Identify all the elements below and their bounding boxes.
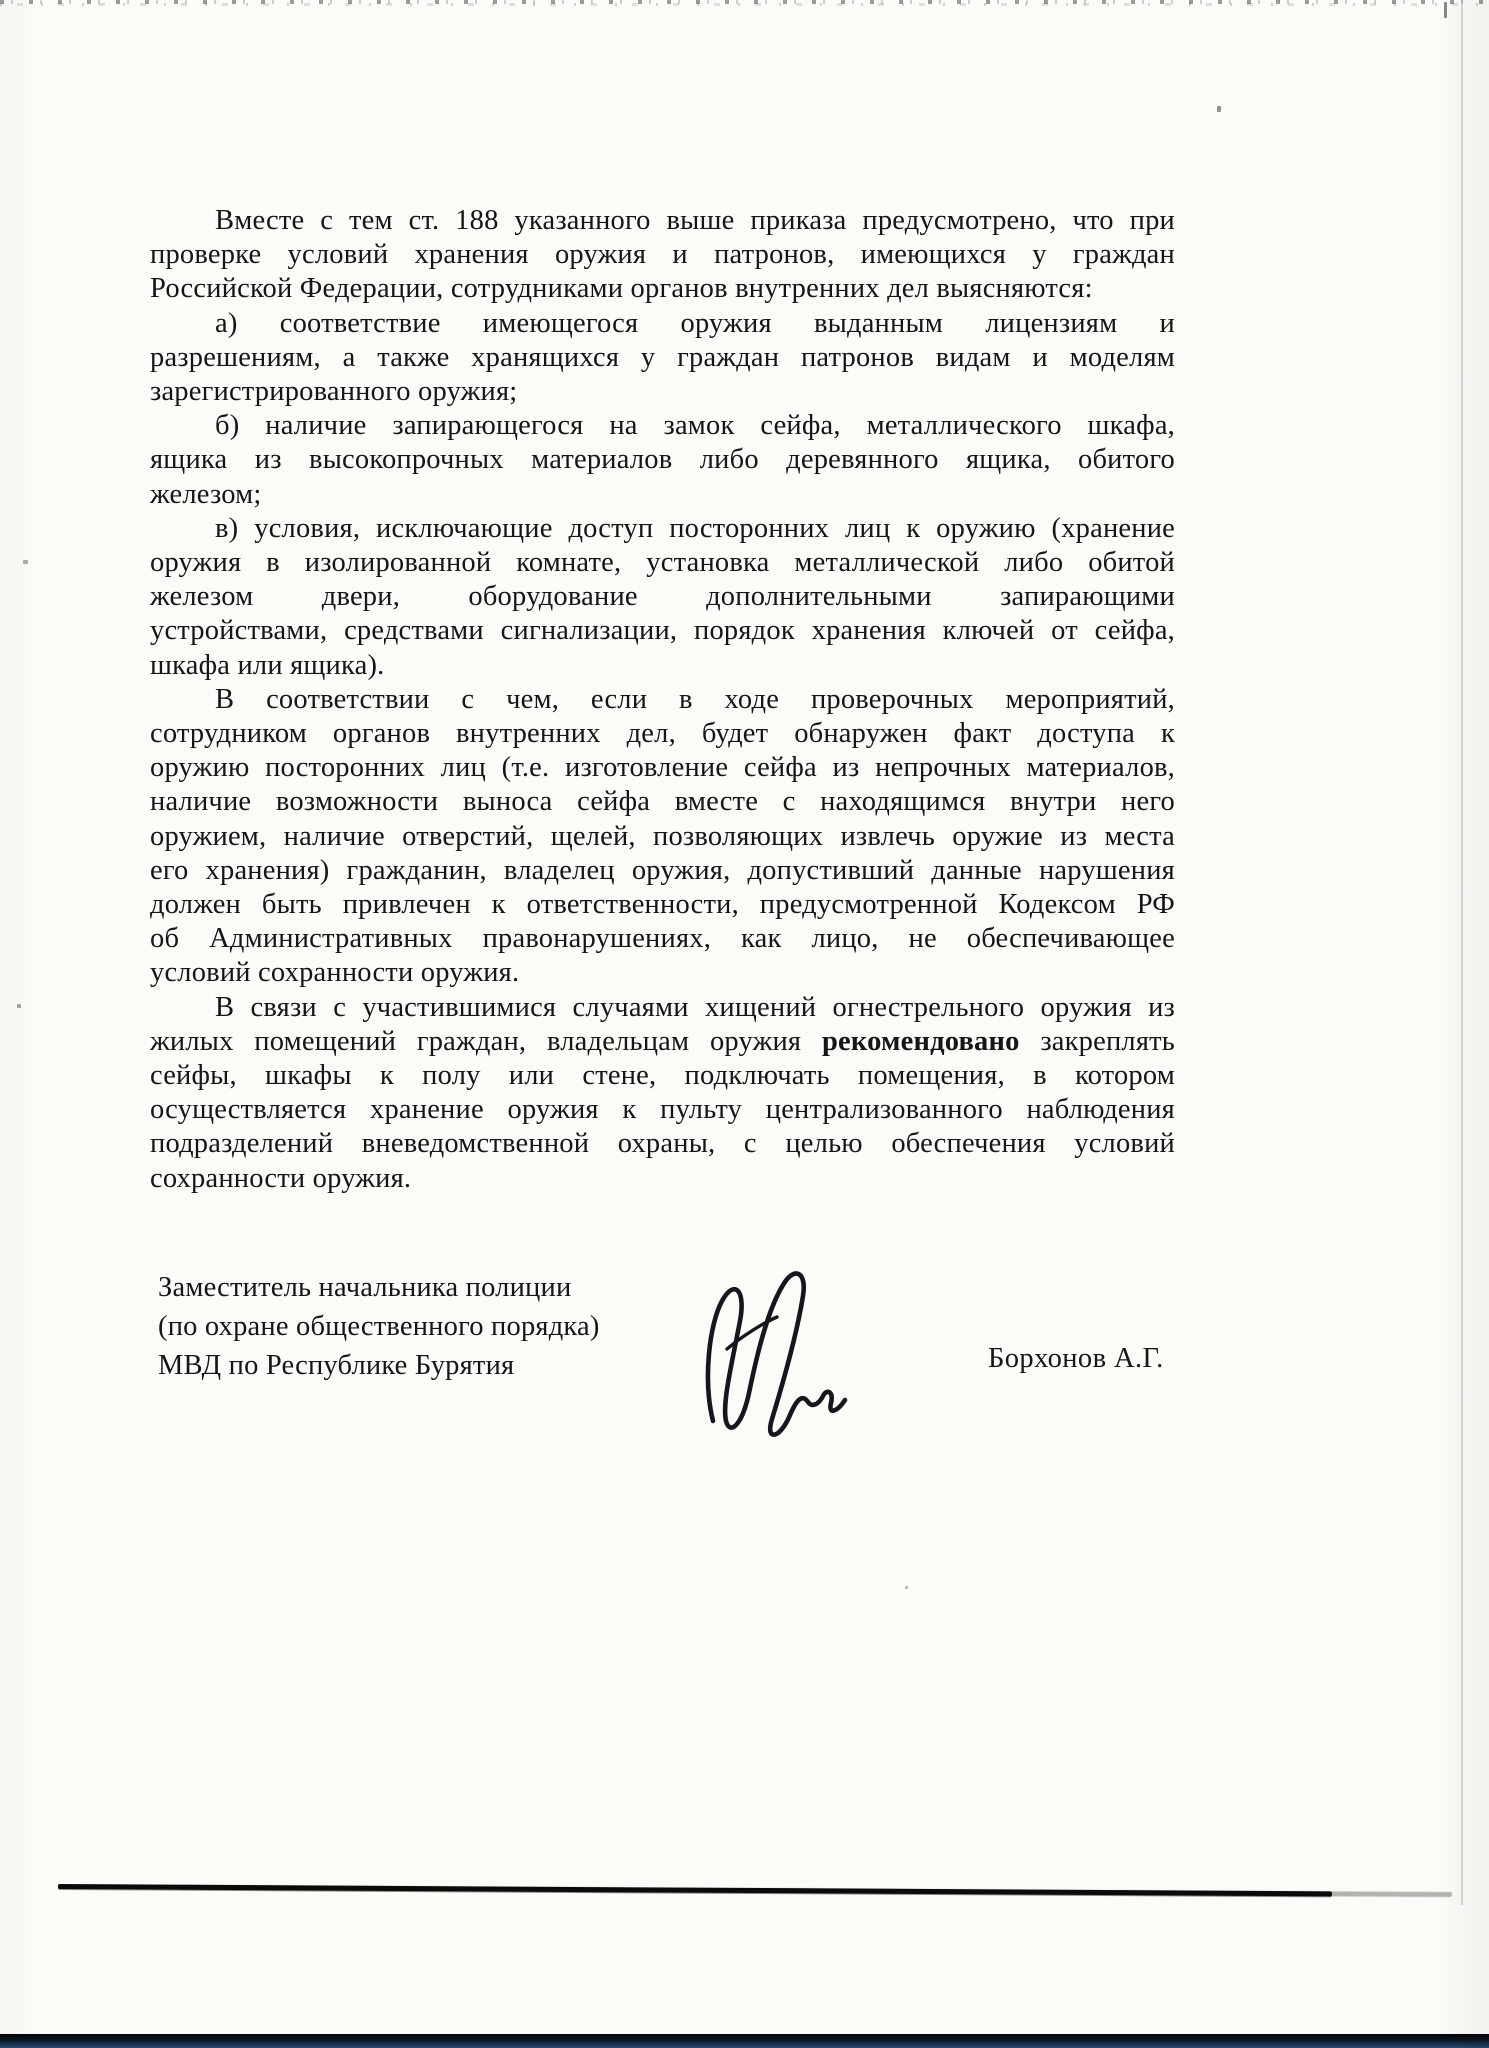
text-line: в) условия, исключающие доступ посторонн… (150, 512, 1175, 546)
text-line: В связи с участившимися случаями хищений… (150, 991, 1175, 1025)
text-line: об Административных правонарушениях, как… (150, 922, 1175, 956)
text-line: сохранности оружия. (150, 1162, 1175, 1196)
bold-text-segment: рекомендовано (822, 1026, 1020, 1057)
signatory-position-line: МВД по Республике Бурятия (158, 1346, 600, 1385)
paragraph-item-v: в) условия, исключающие доступ посторонн… (150, 512, 1175, 683)
document-body: Вместе с тем ст. 188 указанного выше при… (150, 204, 1175, 1196)
footer-divider-line (58, 1884, 1332, 1896)
text-line: сотрудником органов внутренних дел, буде… (150, 717, 1175, 751)
text-line: должен быть привлечен к ответственности,… (150, 888, 1175, 922)
paragraph-recommendation: В связи с участившимися случаями хищений… (150, 991, 1175, 1196)
signatory-name: Борхонов А.Г. (988, 1342, 1164, 1376)
scanned-letter-page: Вместе с тем ст. 188 указанного выше при… (0, 0, 1489, 2048)
signatory-position-line: (по охране общественного порядка) (158, 1307, 600, 1346)
text-line: ящика из высокопрочных материалов либо д… (150, 443, 1175, 477)
text-line: устройствами, средствами сигнализации, п… (150, 614, 1175, 648)
handwritten-signature (693, 1253, 863, 1443)
text-line: оружия в изолированной комнате, установк… (150, 546, 1175, 580)
text-segment: жилых помещений граждан, владельцам оруж… (150, 1026, 822, 1057)
ink-speck (23, 560, 28, 564)
text-line: осуществляется хранение оружия к пульту … (150, 1093, 1175, 1127)
scan-edge-noise (0, 3, 1489, 6)
text-line: жилых помещений граждан, владельцам оруж… (150, 1025, 1175, 1059)
text-line: подразделений вневедомственной охраны, с… (150, 1127, 1175, 1161)
signatory-position-line: Заместитель начальника полиции (158, 1268, 600, 1307)
text-line: разрешениям, а также хранящихся у гражда… (150, 341, 1175, 375)
paragraph-liability: В соответствии с чем, если в ходе провер… (150, 683, 1175, 991)
text-line: Российской Федерации, сотрудниками орган… (150, 272, 1175, 306)
text-line: его хранения) гражданин, владелец оружия… (150, 854, 1175, 888)
paragraph-item-a: а) соответствие имеющегося оружия выданн… (150, 307, 1175, 410)
text-line: сейфы, шкафы к полу или стене, подключат… (150, 1059, 1175, 1093)
ink-speck (905, 1586, 908, 1589)
text-line: а) соответствие имеющегося оружия выданн… (150, 307, 1175, 341)
paragraph-intro: Вместе с тем ст. 188 указанного выше при… (150, 204, 1175, 307)
text-line: наличие возможности выноса сейфа вместе … (150, 785, 1175, 819)
ink-speck (1217, 106, 1221, 112)
paragraph-item-b: б) наличие запирающегося на замок сейфа,… (150, 409, 1175, 512)
text-line: оружием, наличие отверстий, щелей, позво… (150, 820, 1175, 854)
text-line: шкафа или ящика). (150, 649, 1175, 683)
ink-speck (17, 1004, 21, 1008)
signatory-position-block: Заместитель начальника полиции (по охран… (158, 1268, 600, 1385)
text-line: проверке условий хранения оружия и патро… (150, 238, 1175, 272)
text-line: В соответствии с чем, если в ходе провер… (150, 683, 1175, 717)
text-line: зарегистрированного оружия; (150, 375, 1175, 409)
text-line: железом; (150, 478, 1175, 512)
ink-speck (1444, 2, 1447, 18)
text-line: Вместе с тем ст. 188 указанного выше при… (150, 204, 1175, 238)
text-line: железом двери, оборудование дополнительн… (150, 580, 1175, 614)
text-line: б) наличие запирающегося на замок сейфа,… (150, 409, 1175, 443)
paper-edge-shadow (1461, 0, 1463, 1905)
text-line: оружию посторонних лиц (т.е. изготовлени… (150, 751, 1175, 785)
text-segment: закреплять (1020, 1026, 1175, 1057)
text-line: условий сохранности оружия. (150, 956, 1175, 990)
scan-bottom-strip (0, 2034, 1489, 2048)
